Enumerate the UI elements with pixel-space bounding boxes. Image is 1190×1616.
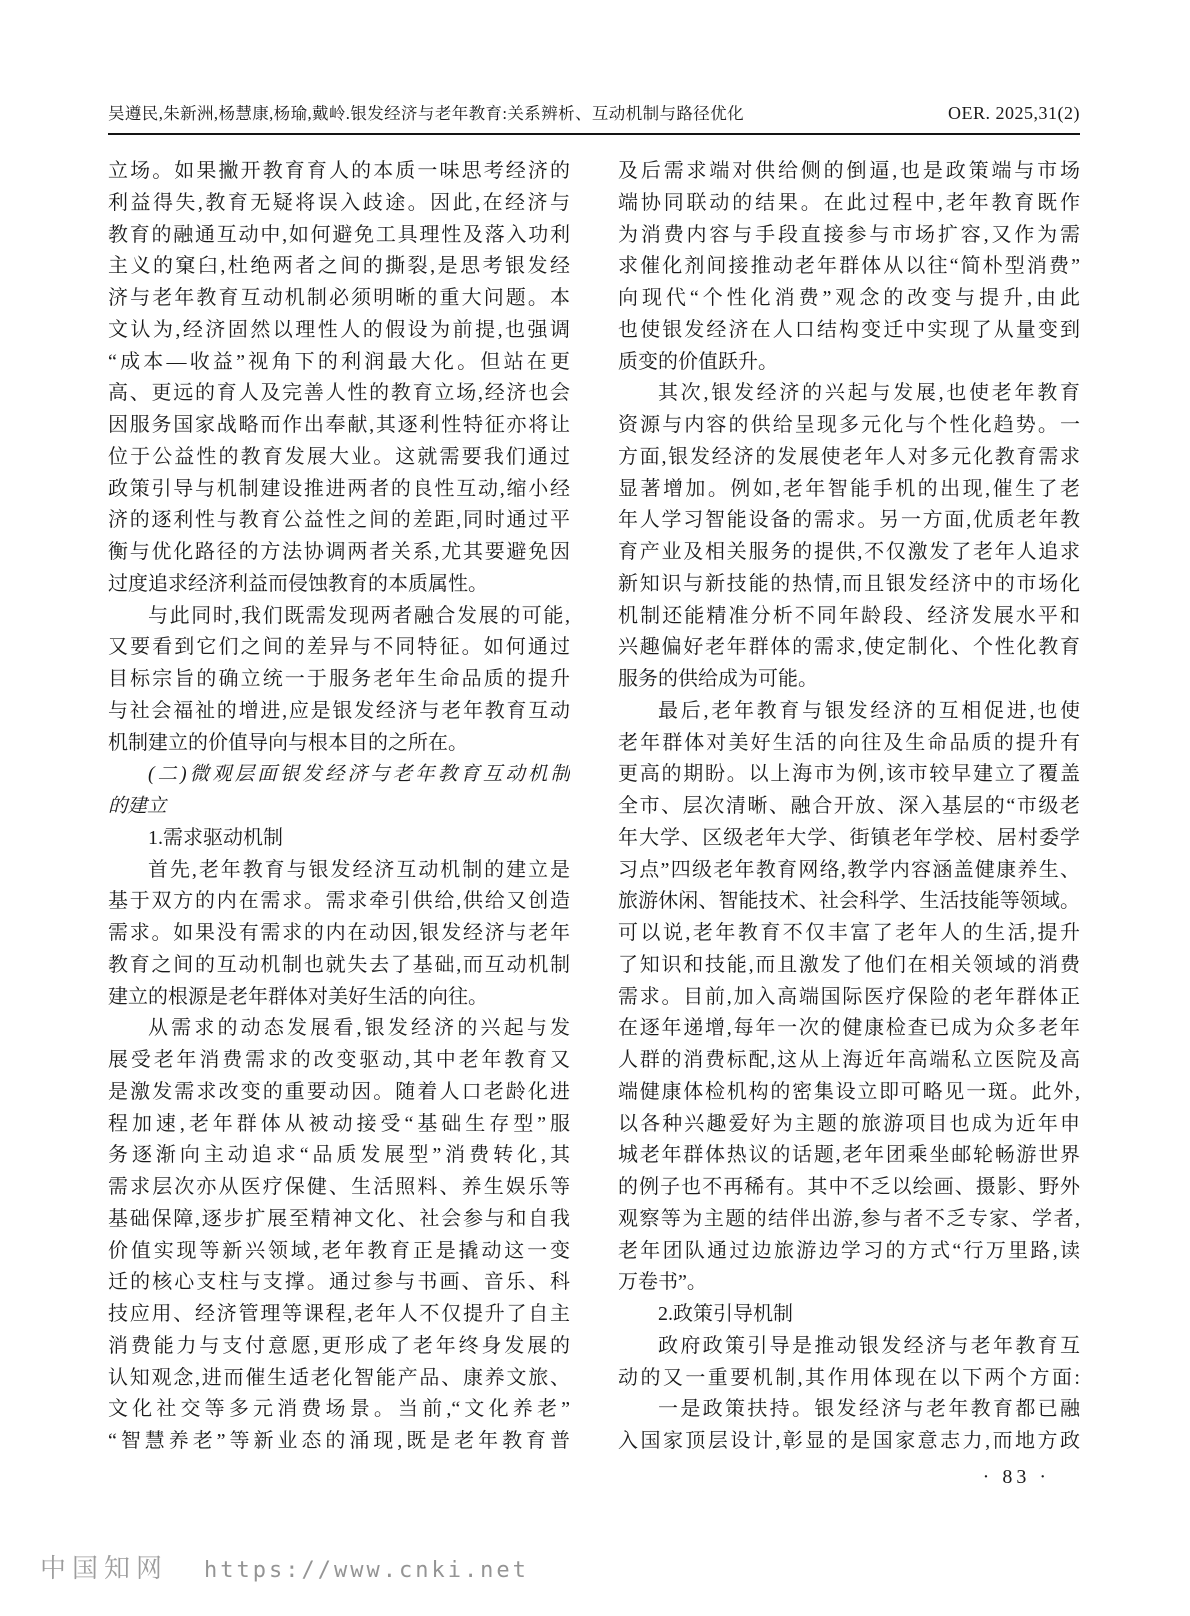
cnki-url-link[interactable]: https://www.cnki.net — [204, 1558, 529, 1583]
text-line: 2.政策引导机制 — [618, 1299, 1080, 1331]
running-title: 吴遵民,朱新洲,杨慧康,杨瑜,戴岭.银发经济与老年教育:关系辨析、互动机制与路径… — [108, 100, 744, 124]
text-line: 利益得失,教育无疑将误入歧途。因此,在经济与 — [108, 188, 570, 220]
text-line: 机制建立的价值导向与根本目的之所在。 — [108, 728, 570, 760]
text-line: 基础保障,逐步扩展至精神文化、社会参与和自我 — [108, 1204, 570, 1236]
page-number: · 83 · — [983, 1466, 1050, 1489]
text-line: 建立的根源是老年群体对美好生活的向往。 — [108, 982, 570, 1014]
text-line: 展受老年消费需求的改变驱动,其中老年教育又 — [108, 1045, 570, 1077]
text-line: 在逐年递增,每年一次的健康检查已成为众多老年 — [618, 1013, 1080, 1045]
text-line: (二)微观层面银发经济与老年教育互动机制 — [108, 759, 570, 791]
text-line: 育产业及相关服务的提供,不仅激发了老年人追求 — [618, 537, 1080, 569]
text-line: 年人学习智能设备的需求。另一方面,优质老年教 — [618, 505, 1080, 537]
text-line: 需求层次亦从医疗保健、生活照料、养生娱乐等 — [108, 1172, 570, 1204]
text-line: 济与老年教育互动机制必须明晰的重大问题。本 — [108, 283, 570, 315]
text-line: 为消费内容与手段直接参与市场扩容,又作为需 — [618, 220, 1080, 252]
text-line: 过度追求经济利益而侵蚀教育的本质属性。 — [108, 569, 570, 601]
text-line: 了知识和技能,而且激发了他们在相关领域的消费 — [618, 950, 1080, 982]
text-line: 更高的期盼。以上海市为例,该市较早建立了覆盖 — [618, 759, 1080, 791]
text-line: 教育之间的互动机制也就失去了基础,而互动机制 — [108, 950, 570, 982]
text-line: 万卷书”。 — [618, 1267, 1080, 1299]
watermark-footer: 中国知网 https://www.cnki.net — [40, 1548, 529, 1585]
text-line: 服务的供给成为可能。 — [618, 664, 1080, 696]
text-line: 的建立 — [108, 791, 570, 823]
text-line: 是激发需求改变的重要动因。随着人口老龄化进 — [108, 1077, 570, 1109]
text-line: 认知观念,进而催生适老化智能产品、康养文旅、 — [108, 1363, 570, 1395]
text-line: 与社会福祉的增进,应是银发经济与老年教育互动 — [108, 696, 570, 728]
paper-page: 吴遵民,朱新洲,杨慧康,杨瑜,戴岭.银发经济与老年教育:关系辨析、互动机制与路径… — [0, 0, 1190, 1616]
text-line: 兴趣偏好老年群体的需求,使定制化、个性化教育 — [618, 632, 1080, 664]
text-line: 向现代“个性化消费”观念的改变与提升,由此 — [618, 283, 1080, 315]
text-line: 位于公益性的教育发展大业。这就需要我们通过 — [108, 442, 570, 474]
text-line: 端健康体检机构的密集设立即可略见一斑。此外, — [618, 1077, 1080, 1109]
text-line: 与此同时,我们既需发现两者融合发展的可能, — [108, 601, 570, 633]
text-line: 高、更远的育人及完善人性的教育立场,经济也会 — [108, 378, 570, 410]
text-line: 务逐渐向主动追求“品质发展型”消费转化,其 — [108, 1140, 570, 1172]
text-line: 立场。如果撇开教育育人的本质一味思考经济的 — [108, 156, 570, 188]
text-line: 端协同联动的结果。在此过程中,老年教育既作 — [618, 188, 1080, 220]
text-line: 政策引导与机制建设推进两者的良性互动,缩小经 — [108, 474, 570, 506]
text-line: 人群的消费标配,这从上海近年高端私立医院及高 — [618, 1045, 1080, 1077]
text-line: 可以说,老年教育不仅丰富了老年人的生活,提升 — [618, 918, 1080, 950]
text-line: 1.需求驱动机制 — [108, 823, 570, 855]
text-line: 衡与优化路径的方法协调两者关系,尤其要避免因 — [108, 537, 570, 569]
article-body: 立场。如果撇开教育育人的本质一味思考经济的利益得失,教育无疑将误入歧途。因此,在… — [108, 156, 1080, 1458]
text-line: 也使银发经济在人口结构变迁中实现了从量变到 — [618, 315, 1080, 347]
text-line: 济的逐利性与教育公益性之间的差距,同时通过平 — [108, 505, 570, 537]
text-line: 需求。目前,加入高端国际医疗保险的老年群体正 — [618, 982, 1080, 1014]
text-line: 资源与内容的供给呈现多元化与个性化趋势。一 — [618, 410, 1080, 442]
text-line: 文认为,经济固然以理性人的假设为前提,也强调 — [108, 315, 570, 347]
text-line: 基于双方的内在需求。需求牵引供给,供给又创造 — [108, 886, 570, 918]
text-line: 又要看到它们之间的差异与不同特征。如何通过 — [108, 632, 570, 664]
text-line: “成本—收益”视角下的利润最大化。但站在更 — [108, 347, 570, 379]
text-line: 以各种兴趣爱好为主题的旅游项目也成为近年申 — [618, 1109, 1080, 1141]
text-line: 一是政策扶持。银发经济与老年教育都已融 — [618, 1394, 1080, 1426]
column-left: 立场。如果撇开教育育人的本质一味思考经济的利益得失,教育无疑将误入歧途。因此,在… — [108, 156, 570, 1458]
text-line: 动的又一重要机制,其作用体现在以下两个方面: — [618, 1363, 1080, 1395]
text-line: 政府政策引导是推动银发经济与老年教育互 — [618, 1331, 1080, 1363]
text-line: 因服务国家战略而作出奉献,其逐利性特征亦将让 — [108, 410, 570, 442]
text-line: 及后需求端对供给侧的倒逼,也是政策端与市场 — [618, 156, 1080, 188]
text-line: 新知识与新技能的热情,而且银发经济中的市场化 — [618, 569, 1080, 601]
text-line: 旅游休闲、智能技术、社会科学、生活技能等领域。 — [618, 886, 1080, 918]
text-line: 习点”四级老年教育网络,教学内容涵盖健康养生、 — [618, 855, 1080, 887]
text-line: 教育的融通互动中,如何避免工具理性及落入功利 — [108, 220, 570, 252]
text-line: 价值实现等新兴领域,老年教育正是撬动这一变 — [108, 1236, 570, 1268]
text-line: 需求。如果没有需求的内在动因,银发经济与老年 — [108, 918, 570, 950]
page-header: 吴遵民,朱新洲,杨慧康,杨瑜,戴岭.银发经济与老年教育:关系辨析、互动机制与路径… — [108, 100, 1080, 135]
text-line: 的例子也不再稀有。其中不乏以绘画、摄影、野外 — [618, 1172, 1080, 1204]
text-line: 其次,银发经济的兴起与发展,也使老年教育 — [618, 378, 1080, 410]
journal-ref: OER. 2025,31(2) — [948, 103, 1080, 124]
text-line: 最后,老年教育与银发经济的互相促进,也使 — [618, 696, 1080, 728]
text-line: 首先,老年教育与银发经济互动机制的建立是 — [108, 855, 570, 887]
text-line: 程加速,老年群体从被动接受“基础生存型”服 — [108, 1109, 570, 1141]
column-right: 及后需求端对供给侧的倒逼,也是政策端与市场端协同联动的结果。在此过程中,老年教育… — [618, 156, 1080, 1458]
text-line: 主义的窠臼,杜绝两者之间的撕裂,是思考银发经 — [108, 251, 570, 283]
text-line: 城老年群体热议的话题,老年团乘坐邮轮畅游世界 — [618, 1140, 1080, 1172]
text-line: 显著增加。例如,老年智能手机的出现,催生了老 — [618, 474, 1080, 506]
text-line: 消费能力与支付意愿,更形成了老年终身发展的 — [108, 1331, 570, 1363]
text-line: 文化社交等多元消费场景。当前,“文化养老” — [108, 1394, 570, 1426]
text-line: 目标宗旨的确立统一于服务老年生命品质的提升 — [108, 664, 570, 696]
text-line: 全市、层次清晰、融合开放、深入基层的“市级老 — [618, 791, 1080, 823]
text-line: 质变的价值跃升。 — [618, 347, 1080, 379]
text-line: 机制还能精准分析不同年龄段、经济发展水平和 — [618, 601, 1080, 633]
text-line: 技应用、经济管理等课程,老年人不仅提升了自主 — [108, 1299, 570, 1331]
cnki-brand-watermark: 中国知网 — [40, 1548, 168, 1585]
text-line: “智慧养老”等新业态的涌现,既是老年教育普 — [108, 1426, 570, 1458]
text-line: 老年群体对美好生活的向往及生命品质的提升有 — [618, 728, 1080, 760]
text-line: 老年团队通过边旅游边学习的方式“行万里路,读 — [618, 1236, 1080, 1268]
text-line: 求催化剂间接推动老年群体从以往“简朴型消费” — [618, 251, 1080, 283]
text-line: 观察等为主题的结伴出游,参与者不乏专家、学者, — [618, 1204, 1080, 1236]
text-line: 方面,银发经济的发展使老年人对多元化教育需求 — [618, 442, 1080, 474]
text-line: 从需求的动态发展看,银发经济的兴起与发 — [108, 1013, 570, 1045]
text-line: 迁的核心支柱与支撑。通过参与书画、音乐、科 — [108, 1267, 570, 1299]
text-line: 年大学、区级老年大学、街镇老年学校、居村委学 — [618, 823, 1080, 855]
text-line: 入国家顶层设计,彰显的是国家意志力,而地方政 — [618, 1426, 1080, 1458]
